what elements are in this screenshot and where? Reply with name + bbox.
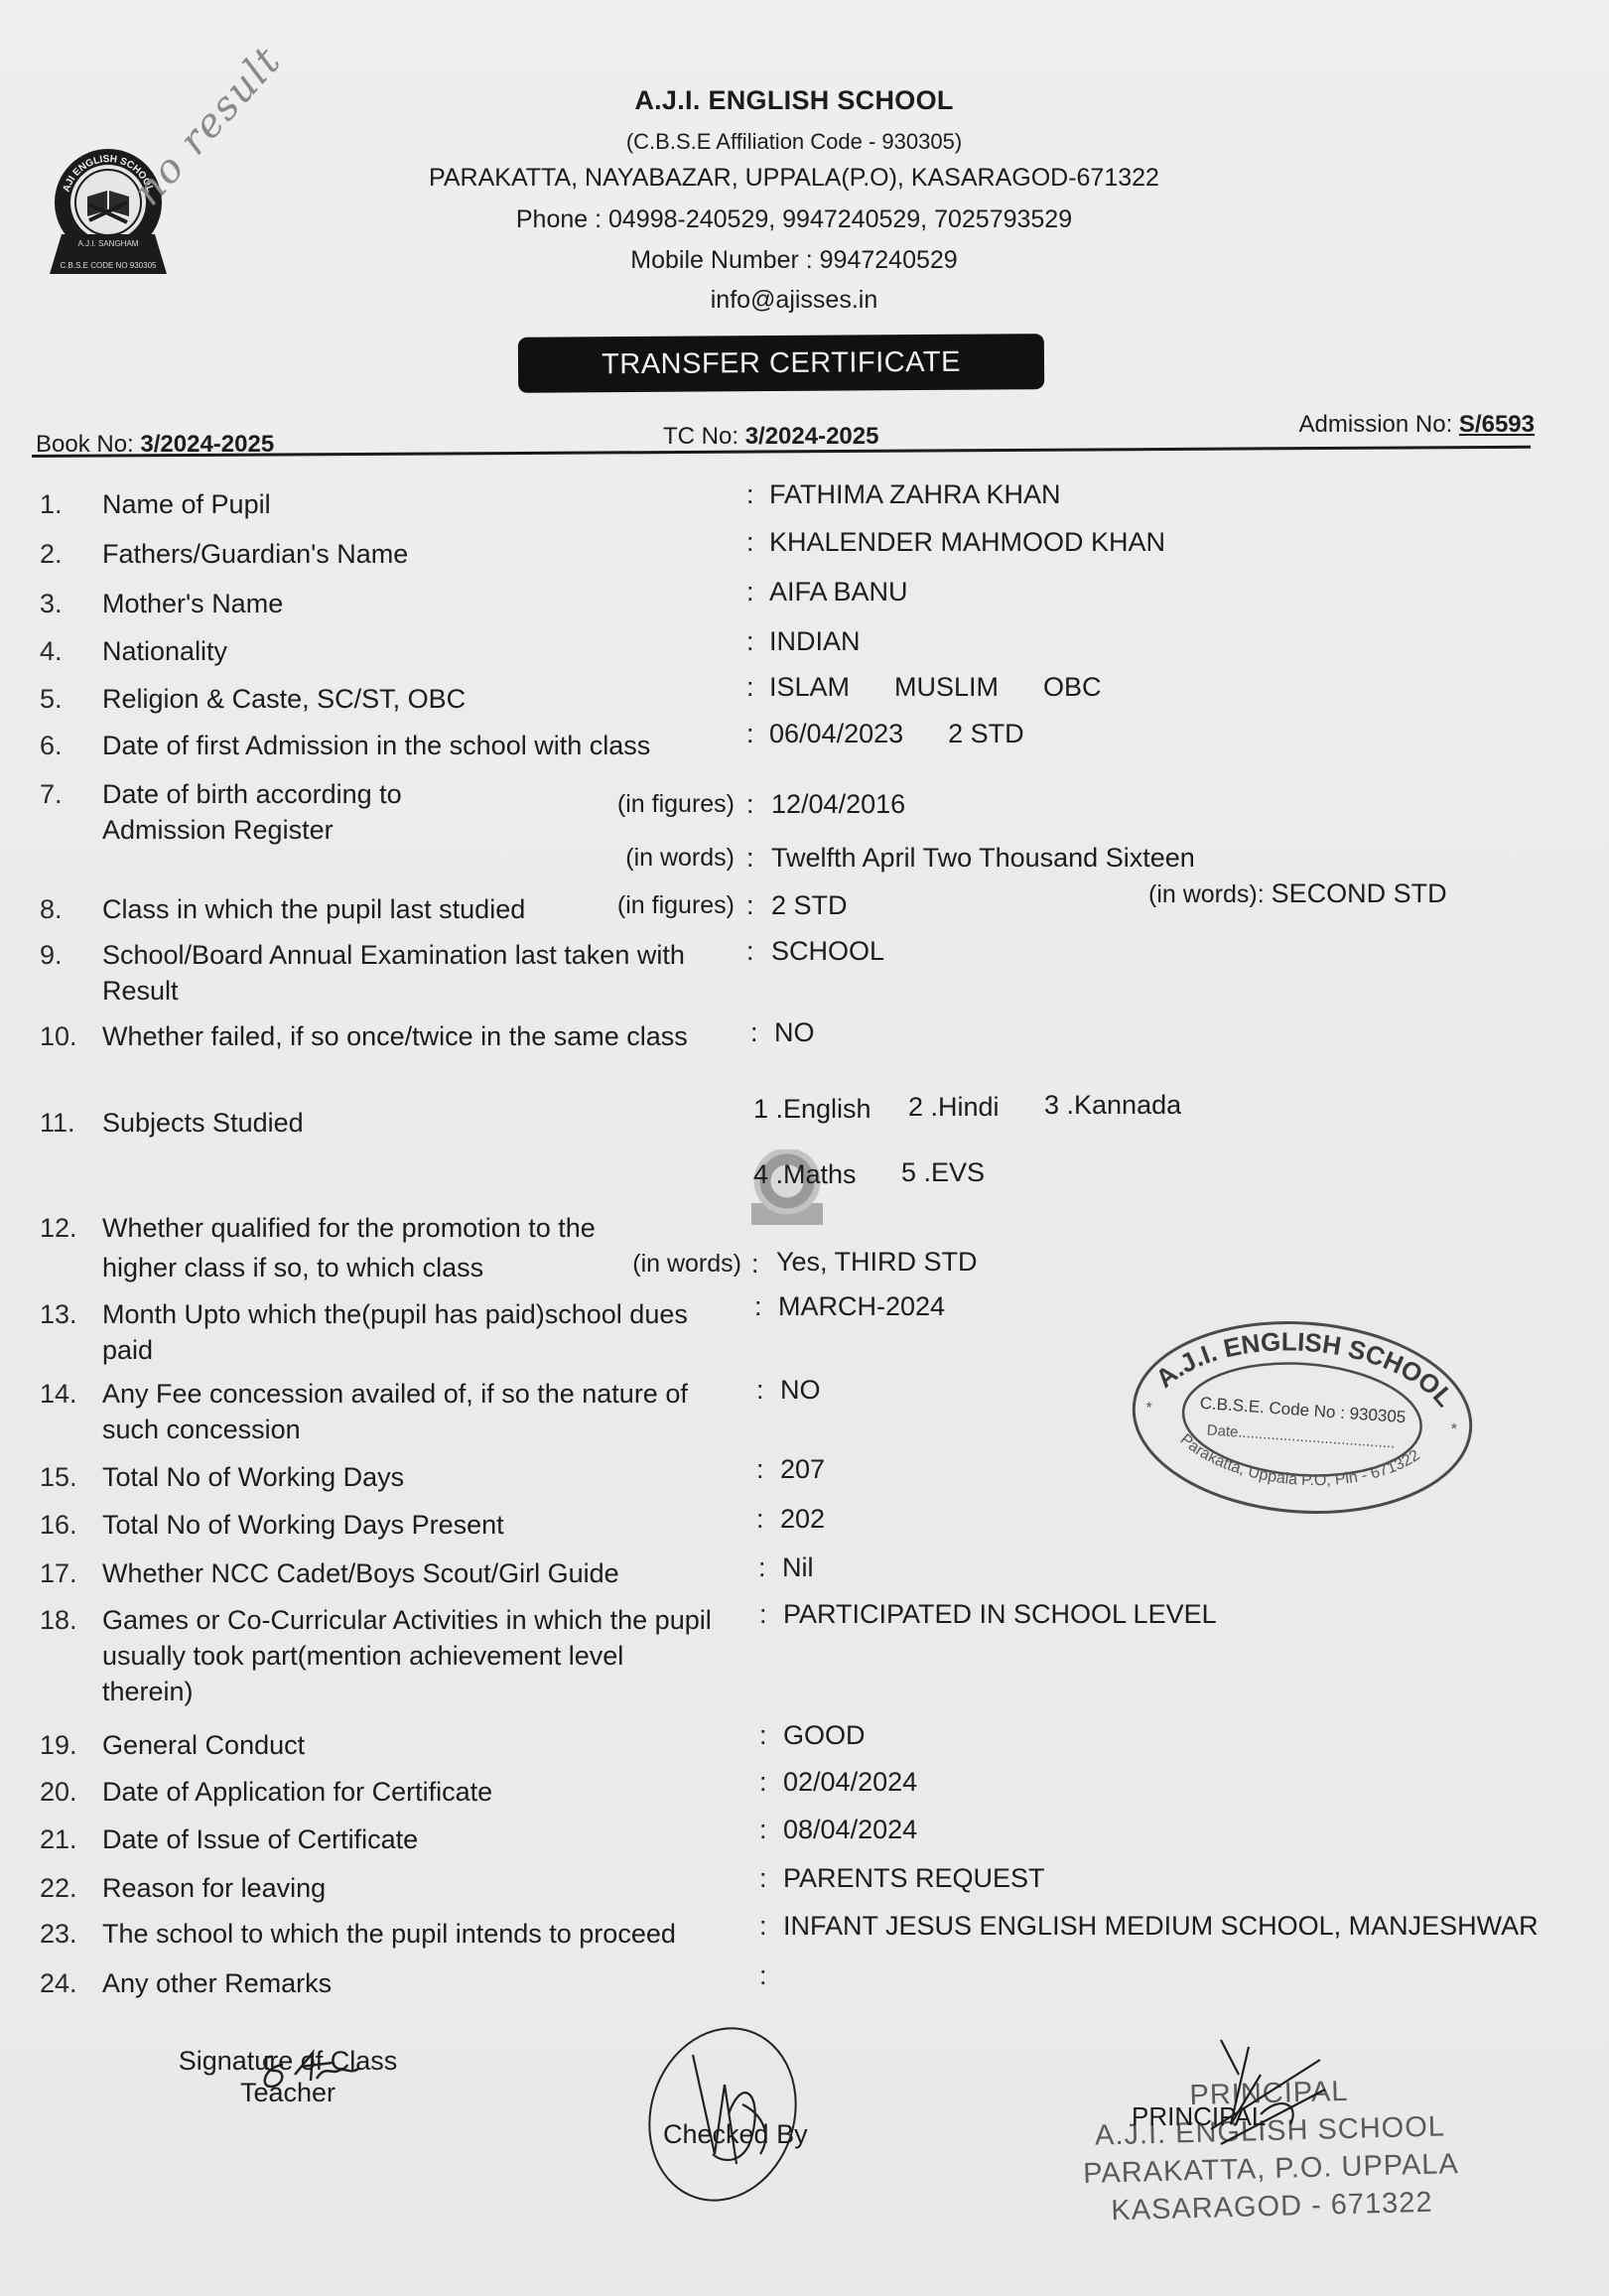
svg-text:A.J.I. SANGHAM: A.J.I. SANGHAM xyxy=(78,239,139,248)
checked-by-label: Checked By xyxy=(663,2119,808,2150)
affiliation-code: (C.B.S.E Affiliation Code - 930305) xyxy=(298,129,1290,155)
working-days: 207 xyxy=(780,1451,825,1487)
father-name: KHALENDER MAHMOOD KHAN xyxy=(769,524,1165,560)
issue-date: 08/04/2024 xyxy=(783,1812,917,1847)
school-seal-stamp: A.J.I. ENGLISH SCHOOL Parakatta, Uppala … xyxy=(1124,1308,1481,1527)
fee-concession: NO xyxy=(780,1372,821,1408)
subject-item: 3 .Kannada xyxy=(1044,1090,1181,1121)
dues-paid-month: MARCH-2024 xyxy=(778,1288,945,1324)
religion-caste: ISLAM MUSLIM OBC xyxy=(769,669,1102,705)
field-label: Date of Application for Certificate xyxy=(102,1774,737,1810)
promotion-status: Yes, THIRD STD xyxy=(776,1244,978,1280)
tc-number: TC No: 3/2024-2025 xyxy=(663,423,878,451)
handwritten-note: no result xyxy=(125,38,291,214)
general-conduct: GOOD xyxy=(783,1717,866,1753)
last-exam: SCHOOL xyxy=(771,933,884,969)
field-label: Nationality xyxy=(102,633,737,669)
field-label: Any other Remarks xyxy=(102,1965,737,2001)
field-label: Date of Issue of Certificate xyxy=(102,1822,737,1857)
field-label: Fathers/Guardian's Name xyxy=(102,536,737,572)
field-label: General Conduct xyxy=(102,1727,737,1763)
failed-status: NO xyxy=(774,1014,815,1050)
document-title: TRANSFER CERTIFICATE xyxy=(518,334,1044,393)
svg-text:C.B.S.E. Code No : 930305: C.B.S.E. Code No : 930305 xyxy=(1199,1394,1407,1426)
field-label: Religion & Caste, SC/ST, OBC xyxy=(102,681,737,717)
checked-by-signature-icon xyxy=(643,2015,812,2204)
field-label: Date of first Admission in the school wi… xyxy=(102,728,737,763)
field-label: Date of birth according to Admission Reg… xyxy=(102,776,430,848)
admission-date-class: 06/04/2023 2 STD xyxy=(769,716,1024,751)
field-label: Month Upto which the(pupil has paid)scho… xyxy=(102,1296,718,1368)
field-label: Total No of Working Days xyxy=(102,1459,737,1495)
leaving-reason: PARENTS REQUEST xyxy=(783,1860,1045,1896)
subject-item: 5 .EVS xyxy=(901,1157,985,1188)
nationality: INDIAN xyxy=(769,623,861,659)
subject-item: 1 .English xyxy=(753,1094,872,1125)
transfer-certificate-page: C.B.S.E CODE NO 930305 A.J.I. SANGHAM AJ… xyxy=(0,0,1609,2296)
field-label: Subjects Studied xyxy=(102,1105,737,1141)
dob-words: Twelfth April Two Thousand Sixteen xyxy=(771,840,1195,876)
subject-item: 2 .Hindi xyxy=(908,1092,1000,1123)
field-label: Whether failed, if so once/twice in the … xyxy=(102,1018,698,1054)
field-label: Any Fee concession availed of, if so the… xyxy=(102,1376,747,1447)
next-school: INFANT JESUS ENGLISH MEDIUM SCHOOL, MANJ… xyxy=(783,1908,1539,1944)
svg-text:C.B.S.E CODE NO 930305: C.B.S.E CODE NO 930305 xyxy=(61,261,157,270)
field-label: Mother's Name xyxy=(102,586,737,621)
field-label: The school to which the pupil intends to… xyxy=(102,1916,777,1952)
field-label: Whether qualified for the promotion to t… xyxy=(102,1210,737,1246)
ncc-scout-status: Nil xyxy=(782,1550,814,1585)
co-curricular-activities: PARTICIPATED IN SCHOOL LEVEL xyxy=(783,1596,1217,1632)
pupil-name: FATHIMA ZAHRA KHAN xyxy=(769,476,1061,512)
school-mobile: Mobile Number : 9947240529 xyxy=(298,246,1290,275)
school-phone: Phone : 04998-240529, 9947240529, 702579… xyxy=(298,205,1290,234)
svg-text:*: * xyxy=(1145,1400,1152,1417)
svg-text:Date..........................: Date....................................… xyxy=(1206,1421,1396,1451)
field-label: Name of Pupil xyxy=(102,486,737,522)
last-class-figures: 2 STD xyxy=(771,887,848,923)
school-address: PARAKATTA, NAYABAZAR, UPPALA(P.O), KASAR… xyxy=(298,164,1290,193)
admission-number: Admission No: S/6593 xyxy=(1299,411,1535,439)
dob-figures: 12/04/2016 xyxy=(771,786,905,822)
application-date: 02/04/2024 xyxy=(783,1764,917,1800)
field-label: Games or Co-Curricular Activities in whi… xyxy=(102,1602,718,1709)
field-label: School/Board Annual Examination last tak… xyxy=(102,937,757,1009)
last-class-words: (in words): SECOND STD xyxy=(1148,876,1447,912)
mother-name: AIFA BANU xyxy=(769,574,908,609)
days-present: 202 xyxy=(780,1501,825,1537)
field-label: Whether NCC Cadet/Boys Scout/Girl Guide xyxy=(102,1555,737,1591)
principal-signature-icon xyxy=(1191,2035,1330,2154)
class-teacher-signature-label: Signature of Class Teacher xyxy=(159,2045,417,2108)
school-name: A.J.I. ENGLISH SCHOOL xyxy=(298,85,1290,116)
field-label: Total No of Working Days Present xyxy=(102,1507,737,1543)
svg-text:*: * xyxy=(1450,1420,1457,1437)
field-label: Reason for leaving xyxy=(102,1870,737,1906)
school-email: info@ajisses.in xyxy=(298,286,1290,315)
subject-item: 4 .Maths xyxy=(753,1159,857,1190)
